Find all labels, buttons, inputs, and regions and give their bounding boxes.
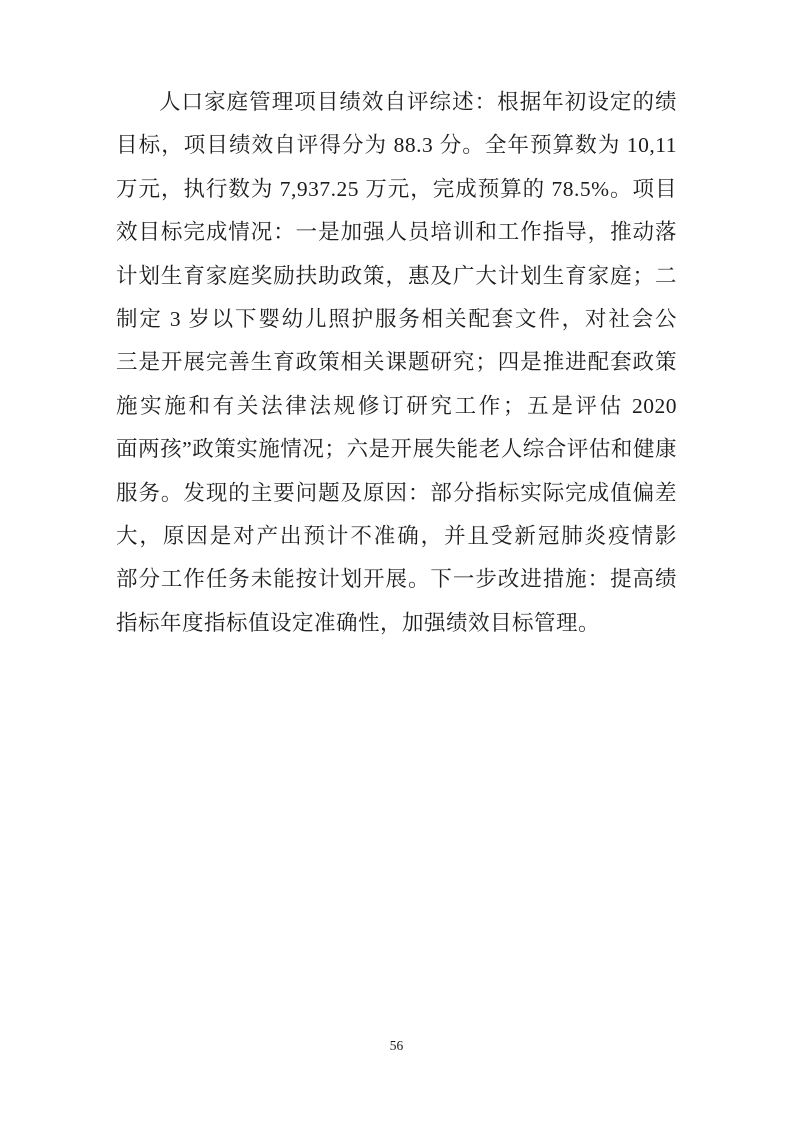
paragraph-line-10: 服务。发现的主要问题及原因：部分指标实际完成值偏差较 — [116, 472, 677, 515]
paragraph-line-8: 施实施和有关法律法规修订研究工作；五是评估 2020 年“全 — [116, 385, 677, 428]
document-page: 人口家庭管理项目绩效自评综述：根据年初设定的绩效 目标，项目绩效自评得分为 88… — [0, 0, 793, 1122]
paragraph-line-13: 指标年度指标值设定准确性，加强绩效目标管理。 — [116, 602, 677, 645]
paragraph-line-11: 大，原因是对产出预计不准确，并且受新冠肺炎疫情影响， — [116, 515, 677, 558]
page-number: 56 — [0, 1038, 793, 1054]
paragraph-line-5: 计划生育家庭奖励扶助政策，惠及广大计划生育家庭；二是 — [116, 255, 677, 298]
paragraph-line-2: 目标，项目绩效自评得分为 88.3 分。全年预算数为 10,115.13 — [116, 124, 677, 167]
paragraph-line-4: 效目标完成情况：一是加强人员培训和工作指导，推动落实 — [116, 211, 677, 254]
paragraph-line-3: 万元，执行数为 7,937.25 万元，完成预算的 78.5%。项目绩 — [116, 168, 677, 211]
paragraph-line-6: 制定 3 岁以下婴幼儿照护服务相关配套文件，对社会公布； — [116, 298, 677, 341]
paragraph-line-12: 部分工作任务未能按计划开展。下一步改进措施：提高绩效 — [116, 558, 677, 601]
paragraph-line-1: 人口家庭管理项目绩效自评综述：根据年初设定的绩效 — [116, 81, 677, 124]
paragraph-line-9: 面两孩”政策实施情况；六是开展失能老人综合评估和健康 — [116, 428, 677, 471]
self-evaluation-paragraph: 人口家庭管理项目绩效自评综述：根据年初设定的绩效 目标，项目绩效自评得分为 88… — [116, 81, 677, 645]
paragraph-line-7: 三是开展完善生育政策相关课题研究；四是推进配套政策措 — [116, 341, 677, 384]
